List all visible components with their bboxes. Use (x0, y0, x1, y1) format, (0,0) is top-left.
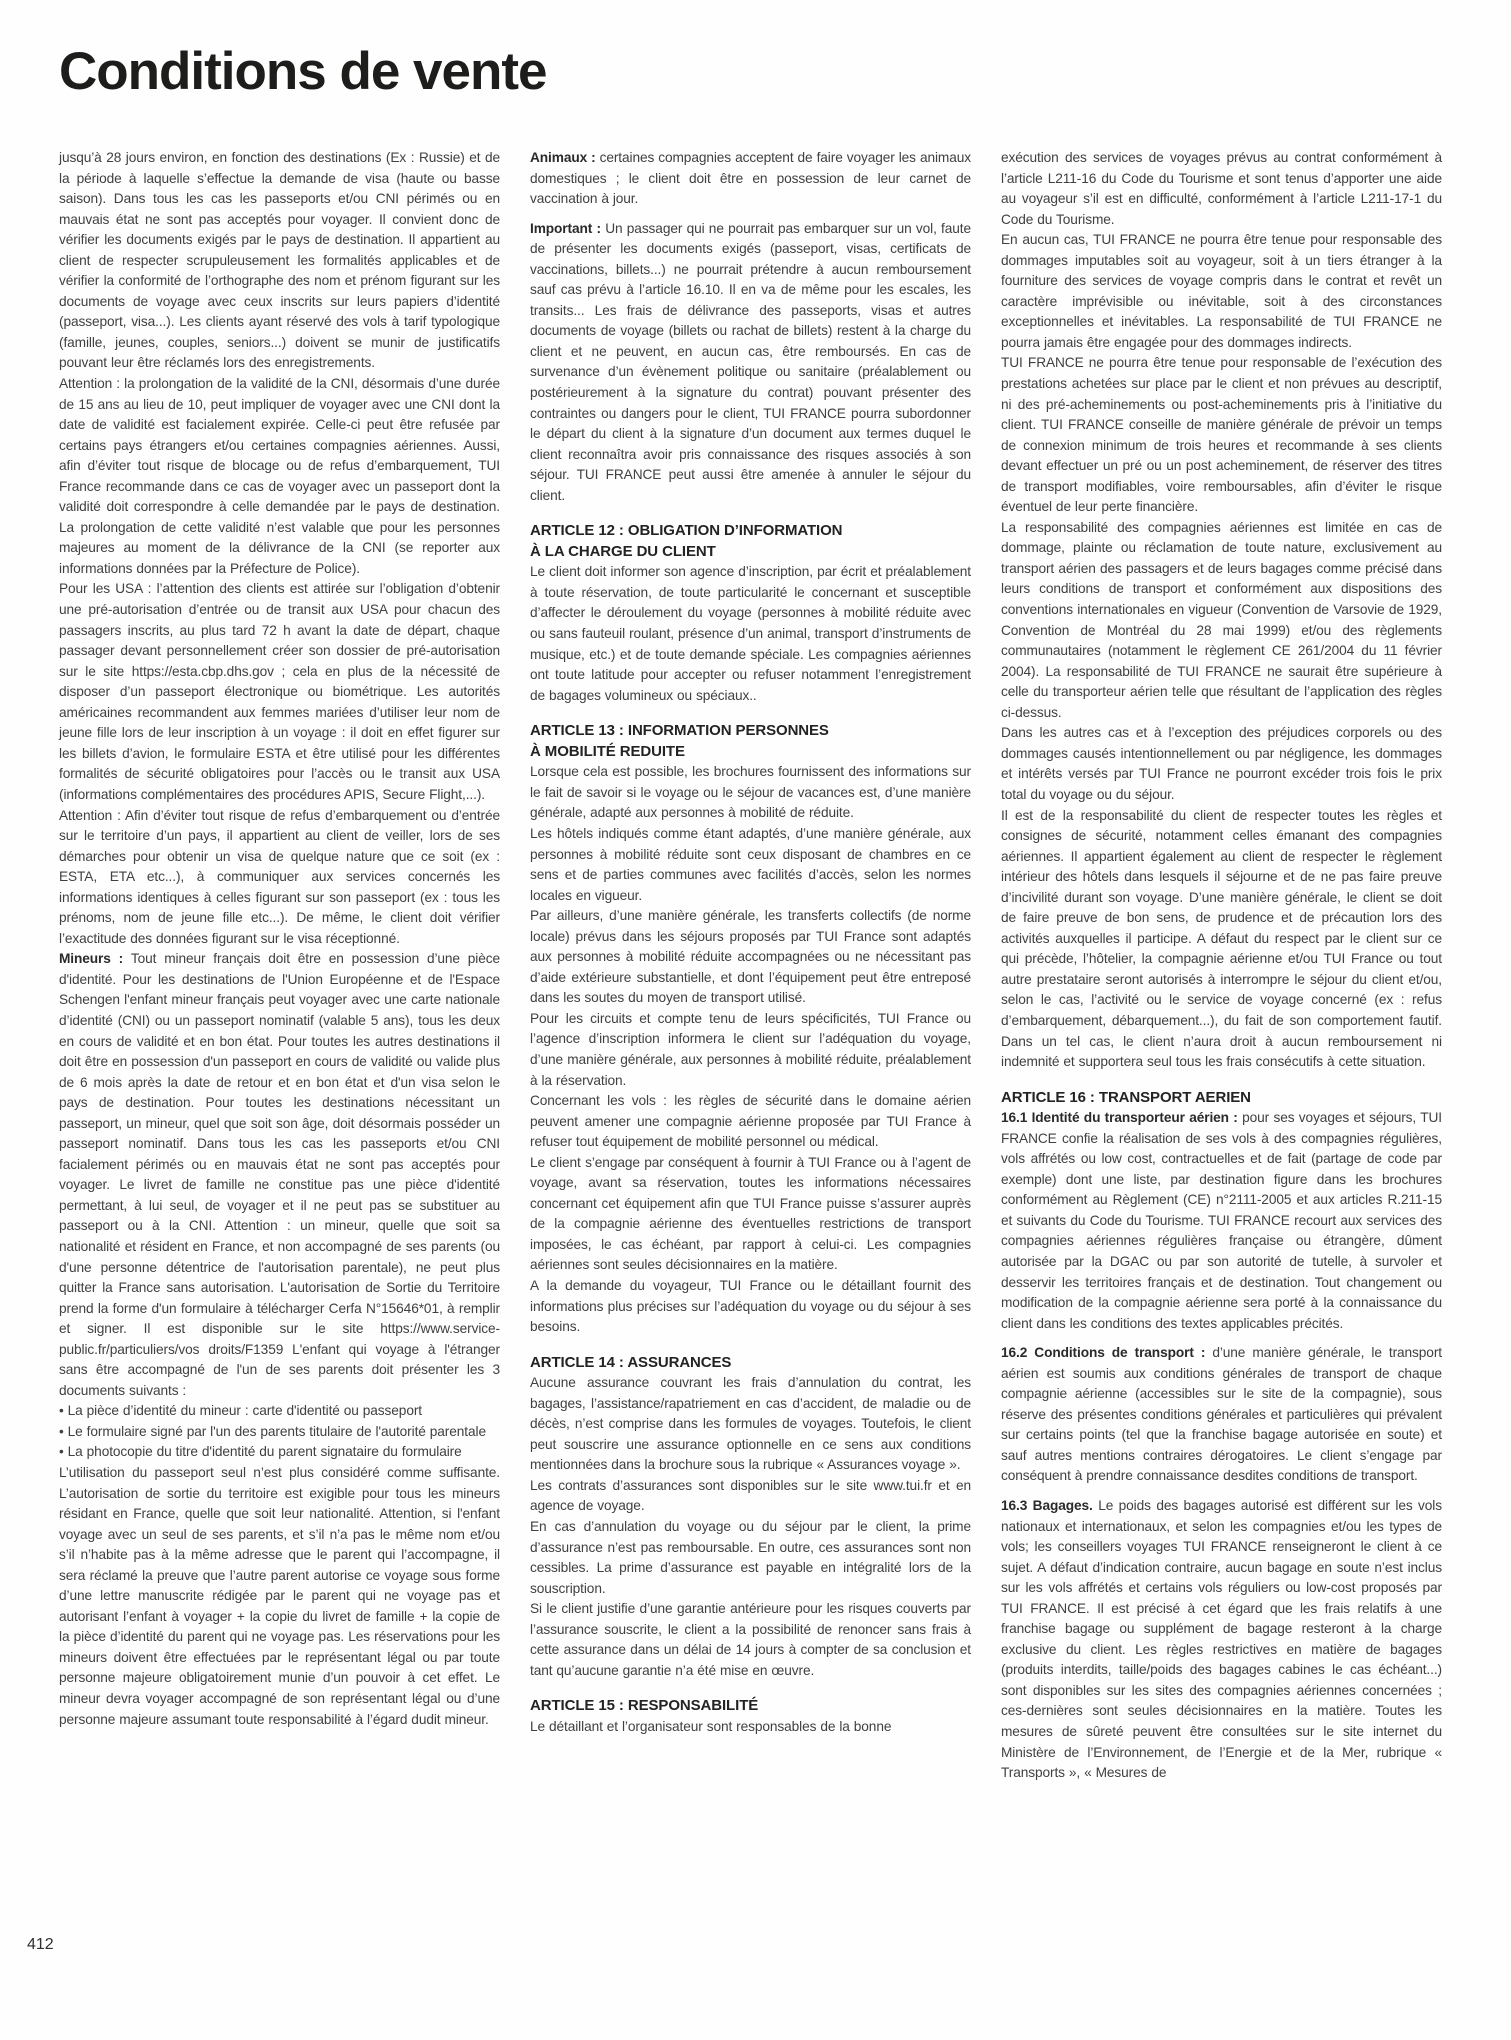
paragraph: Les contrats d’assurances sont disponibl… (530, 1476, 971, 1517)
paragraph: 16.2 Conditions de transport : d’une man… (1001, 1343, 1442, 1487)
run-in-label: Mineurs : (59, 951, 131, 966)
paragraph: Concernant les vols : les règles de sécu… (530, 1091, 971, 1153)
paragraph: Attention : la prolongation de la validi… (59, 374, 500, 579)
paragraph: Pour les USA : l’attention des clients e… (59, 579, 500, 805)
paragraph: Pour les circuits et compte tenu de leur… (530, 1009, 971, 1091)
paragraph: exécution des services de voyages prévus… (1001, 148, 1442, 230)
bullet-item: • Le formulaire signé par l'un des paren… (59, 1422, 500, 1443)
article-heading: ARTICLE 14 : ASSURANCES (530, 1353, 971, 1374)
article-heading: ARTICLE 13 : INFORMATION PERSONNES À MOB… (530, 721, 971, 762)
column-3: exécution des services de voyages prévus… (1001, 148, 1442, 1784)
paragraph: 16.1 Identité du transporteur aérien : p… (1001, 1108, 1442, 1334)
bullet-item: • La photocopie du titre d'identité du p… (59, 1442, 500, 1463)
paragraph: Si le client justifie d’une garantie ant… (530, 1599, 971, 1681)
paragraph: Animaux : certaines compagnies acceptent… (530, 148, 971, 210)
text-columns: jusqu’à 28 jours environ, en fonction de… (59, 148, 1511, 1784)
paragraph: 16.3 Bagages. Le poids des bagages autor… (1001, 1496, 1442, 1784)
page-title: Conditions de vente (59, 42, 1511, 102)
run-in-label: 16.1 Identité du transporteur aérien : (1001, 1110, 1242, 1125)
paragraph: Les hôtels indiqués comme étant adaptés,… (530, 824, 971, 906)
paragraph: A la demande du voyageur, TUI France ou … (530, 1276, 971, 1338)
page-number: 412 (27, 1936, 54, 1954)
run-in-label: Important : (530, 221, 605, 236)
paragraph: Il est de la responsabilité du client de… (1001, 806, 1442, 1073)
paragraph: Le client s’engage par conséquent à four… (530, 1153, 971, 1276)
article-heading: ARTICLE 15 : RESPONSABILITÉ (530, 1696, 971, 1717)
paragraph: Attention : Afin d’éviter tout risque de… (59, 806, 500, 950)
paragraph: Important : Un passager qui ne pourrait … (530, 219, 971, 507)
paragraph: Par ailleurs, d’une manière générale, le… (530, 906, 971, 1009)
document-page: Conditions de vente jusqu’à 28 jours env… (0, 0, 1511, 2040)
paragraph: Mineurs : Tout mineur français doit être… (59, 949, 500, 1401)
run-in-label: 16.3 Bagages. (1001, 1498, 1098, 1513)
run-in-label: 16.2 Conditions de transport : (1001, 1345, 1212, 1360)
paragraph: La responsabilité des compagnies aérienn… (1001, 518, 1442, 723)
paragraph: L’utilisation du passeport seul n’est pl… (59, 1463, 500, 1730)
paragraph: Aucune assurance couvrant les frais d’an… (530, 1373, 971, 1476)
article-heading: ARTICLE 16 : TRANSPORT AERIEN (1001, 1088, 1442, 1109)
column-2: Animaux : certaines compagnies acceptent… (530, 148, 971, 1784)
paragraph: Le détaillant et l’organisateur sont res… (530, 1717, 971, 1738)
paragraph: Lorsque cela est possible, les brochures… (530, 762, 971, 824)
paragraph: TUI FRANCE ne pourra être tenue pour res… (1001, 353, 1442, 517)
paragraph: jusqu’à 28 jours environ, en fonction de… (59, 148, 500, 374)
paragraph: Dans les autres cas et à l’exception des… (1001, 723, 1442, 805)
bullet-item: • La pièce d’identité du mineur : carte … (59, 1401, 500, 1422)
paragraph: En aucun cas, TUI FRANCE ne pourra être … (1001, 230, 1442, 353)
run-in-label: Animaux : (530, 150, 600, 165)
column-1: jusqu’à 28 jours environ, en fonction de… (59, 148, 500, 1784)
paragraph: En cas d’annulation du voyage ou du séjo… (530, 1517, 971, 1599)
paragraph: Le client doit informer son agence d’ins… (530, 562, 971, 706)
article-heading: ARTICLE 12 : OBLIGATION D’INFORMATION À … (530, 521, 971, 562)
page-content: Conditions de vente jusqu’à 28 jours env… (0, 0, 1511, 1784)
